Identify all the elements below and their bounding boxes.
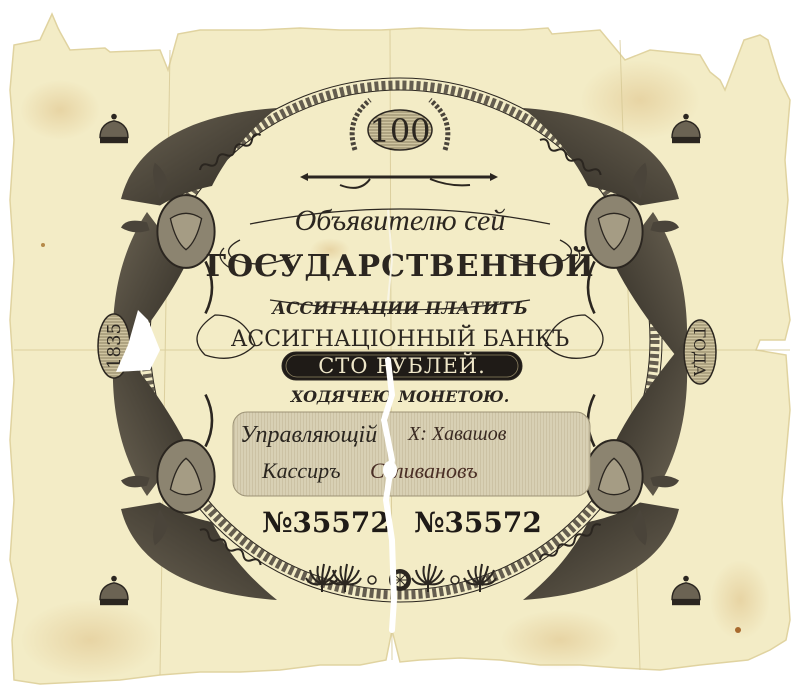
denomination-numeral: 100 [369, 112, 430, 150]
serial-number-right: №35572 [414, 506, 542, 539]
signature-panel: Управляющій Х: Хавашов Кассиръ Селиванов… [233, 412, 590, 496]
manager-label: Управляющій [240, 422, 377, 448]
manager-signature: Х: Хавашов [407, 423, 507, 445]
line-bank: АССИГНАЦІОННЫЙ БАНКЪ [231, 324, 570, 352]
banknote: 100 1835 ГОДА Объявителю сей ГОСУДАРСТВЕ… [0, 0, 800, 691]
line-currency: ХОДЯЧЕЮ МОНЕТОЮ. [290, 387, 510, 406]
line-script: Объявителю сей [295, 204, 506, 237]
amount-banner: СТО РУБЛЕЙ. [282, 352, 522, 380]
amount-words: СТО РУБЛЕЙ. [318, 353, 486, 378]
cashier-label: Кассиръ [261, 458, 341, 483]
year-right: ГОДА [690, 328, 709, 377]
banknote-photo: 100 1835 ГОДА Объявителю сей ГОСУДАРСТВЕ… [0, 0, 800, 691]
line-state: ГОСУДАРСТВЕННОЙ [205, 246, 594, 284]
line-assign: АССИГНАЦИИ ПЛАТИТЪ [270, 299, 528, 319]
year-oval-right: ГОДА [684, 320, 716, 384]
serial-number-left: №35572 [262, 506, 390, 539]
